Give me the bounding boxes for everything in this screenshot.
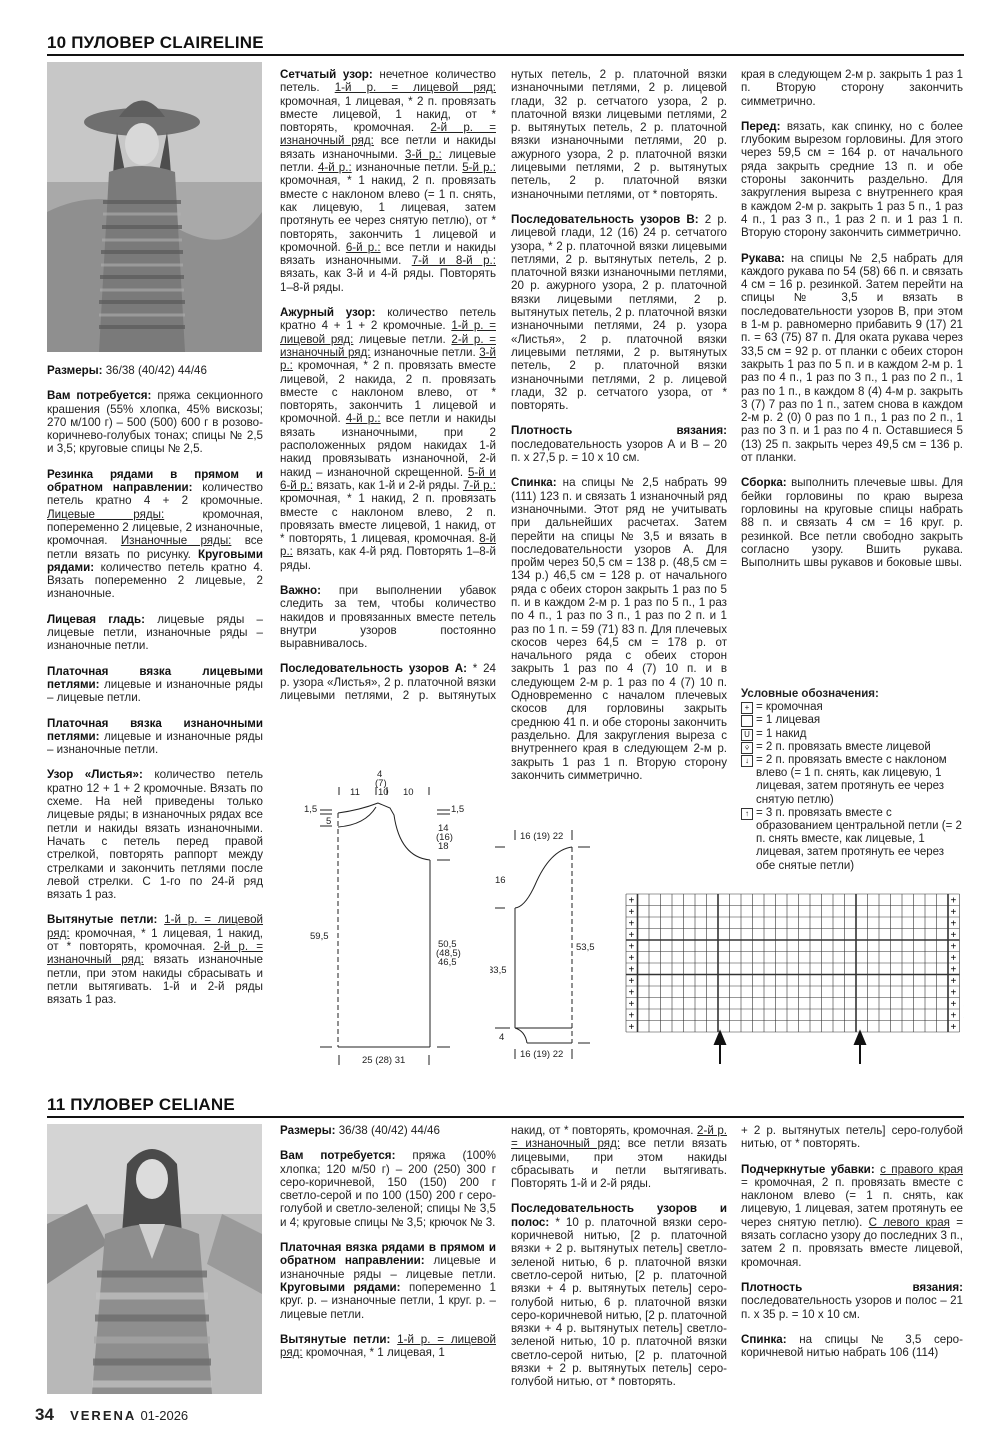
dim-slope-left: 1,5	[304, 804, 317, 815]
svg-text:+: +	[629, 896, 635, 907]
chart-row-number: 15	[964, 942, 965, 953]
sizes-value: 36/38 (40/42) 44/46	[336, 1124, 440, 1137]
chart-legend: Условные обозначения: += кромочная = 1 л…	[741, 688, 966, 873]
svg-text:+: +	[951, 1022, 957, 1033]
sleeves-label: Рукава:	[741, 252, 785, 265]
chart-row-number: 9	[964, 977, 965, 988]
svg-text:+: +	[629, 988, 635, 999]
dim-sleeve-lower: 33,5	[490, 965, 507, 976]
knit-stitch-icon	[741, 715, 753, 727]
chart-row-number: 3	[964, 1011, 965, 1022]
materials-label: Вам потребуется:	[47, 389, 151, 402]
k2tog-icon: ⩒	[741, 742, 753, 754]
sequence-text: * 10 р. платочной вязки серо-коричневой …	[511, 1216, 727, 1387]
dim-sleeve-top: 16 (19) 22	[520, 831, 563, 842]
pattern-10-column-1: Размеры: 36/38 (40/42) 44/46 Вам потребу…	[47, 364, 263, 1018]
drop-text-continued: накид, от * повторять, кромочная.	[511, 1124, 697, 1137]
svg-text:+: +	[629, 1011, 635, 1022]
dim-sleeve-total: 53,5	[576, 942, 595, 953]
svg-text:+: +	[951, 999, 957, 1010]
pattern-11-title: 11 ПУЛОВЕР CELIANE	[47, 1095, 235, 1115]
repeat-start-arrow-icon	[715, 1032, 725, 1044]
issue-number: 01-2026	[140, 1408, 188, 1423]
pattern-10-title: 10 ПУЛОВЕР CLAIRELINE	[47, 33, 264, 53]
mesh-row: 6-й р.:	[346, 241, 381, 254]
ssk-icon: ↓	[741, 755, 753, 767]
front-label: Перед:	[741, 120, 781, 133]
title-underline	[47, 54, 964, 56]
drop-text: кромочная, * 1 лицевая, 1	[303, 1346, 445, 1359]
svg-text:+: +	[629, 965, 635, 976]
legend-item: ⩒= 2 п. провязать вместе лицевой	[741, 741, 966, 754]
leaves-stitch-chart: ++++++++++++++++++++++++ 232119171513119…	[624, 892, 964, 1072]
dim-neck-depth: 5	[326, 816, 331, 827]
assembly-text: выполнить плечевые швы. Для бейки горлов…	[741, 476, 963, 569]
rib-wrong-rows: Изнаночные ряды:	[121, 534, 232, 547]
page-number: 34	[35, 1405, 54, 1424]
lace-row: 7-й р.:	[463, 479, 496, 492]
back-label: Спинка:	[741, 1333, 787, 1346]
svg-text:+: +	[951, 965, 957, 976]
svg-text:+: +	[951, 942, 957, 953]
sleeve-schematic: 16 (19) 22 16 53,5 33,5 4 16 (19) 22	[490, 825, 620, 1065]
svg-text:+: +	[951, 930, 957, 941]
dim-length: 59,5	[310, 931, 329, 942]
gauge-label: Плотность вязания:	[511, 424, 727, 437]
dim-shoulder: 11	[350, 787, 360, 798]
svg-text:+: +	[629, 953, 635, 964]
yarn-over-icon: U	[741, 729, 753, 741]
legend-item: ↑= 3 п. провязать вместе с образованием …	[741, 807, 966, 873]
sizes-label: Размеры:	[280, 1124, 336, 1137]
chart-row-number: 23	[964, 896, 965, 907]
svg-text:+: +	[951, 896, 957, 907]
sequence-b-label: Последовательность узоров В:	[511, 213, 699, 226]
legend-text: = 3 п. провязать вместе с образованием ц…	[756, 807, 966, 873]
back-continued: края в следующем 2-м р. закрыть 1 раз 1 …	[741, 68, 963, 108]
legend-item: = 1 лицевая	[741, 714, 966, 727]
legend-title: Условные обозначения:	[741, 688, 966, 701]
legend-text: = 2 п. провязать вместе лицевой	[756, 741, 966, 754]
svg-text:+: +	[629, 907, 635, 918]
sequence-a-label: Последовательность узоров А:	[280, 662, 467, 675]
mesh-text: вязать, как 3-й и 4-й ряды. Повторять 1–…	[280, 267, 496, 293]
page-footer: 34 VERENA 01-2026	[35, 1405, 188, 1425]
model-photo-illustration	[47, 1124, 262, 1394]
dim-width: 25 (28) 31	[362, 1055, 405, 1066]
svg-text:+: +	[629, 999, 635, 1010]
chart-row-number: 19	[964, 919, 965, 930]
legend-text: = кромочная	[756, 701, 966, 714]
sizes-value: 36/38 (40/42) 44/46	[103, 364, 207, 377]
model-photo-illustration	[47, 62, 262, 352]
dim-side-3: 46,5	[438, 957, 457, 968]
lace-text: изнаночные петли.	[371, 346, 480, 359]
rib-right-rows: Лицевые ряды:	[47, 508, 164, 521]
back-text: на спицы № 2,5 набрать 99 (111) 123 п. и…	[511, 476, 727, 782]
svg-text:+: +	[629, 1022, 635, 1033]
selvedge-stitch-icon: +	[741, 702, 753, 714]
svg-text:+: +	[629, 976, 635, 987]
gauge-text: последовательность узоров А и В – 20 п. …	[511, 438, 727, 464]
centered-double-decrease-icon: ↑	[741, 808, 753, 820]
chart-row-number: 21	[964, 908, 965, 919]
back-label: Спинка:	[511, 476, 557, 489]
legend-item: ↓= 2 п. провязать вместе с наклоном влев…	[741, 754, 966, 807]
svg-text:+: +	[951, 1011, 957, 1022]
pattern-10-column-2: Сетчатый узор: нечетное количество петел…	[280, 68, 496, 714]
legend-text: = 1 лицевая	[756, 714, 966, 727]
gauge-text: последовательность узоров и полос – 21 п…	[741, 1294, 963, 1320]
chart-row-number: 5	[964, 1000, 965, 1011]
legend-text: = 1 накид	[756, 728, 966, 741]
lace-text: вязать, как 1-й и 2-й ряды.	[313, 479, 463, 492]
mesh-label: Сетчатый узор:	[280, 68, 373, 81]
decrease-left-edge: С левого края	[869, 1216, 950, 1229]
magazine-name: VERENA	[70, 1408, 136, 1423]
sequence-continued: + 2 р. вытянутых петель] серо-голубой ни…	[741, 1124, 963, 1150]
lace-text: вязать, как 4-й ряд. Повторять 1–8-й ряд…	[280, 545, 496, 571]
garter-round-label: Круговыми рядами:	[280, 1281, 401, 1294]
leaves-text: количество петель кратно 12 + 1 + 2 кром…	[47, 768, 263, 901]
drop-stitch-label: Вытянутые петли:	[47, 913, 157, 926]
sleeves-text: на спицы № 2,5 набрать для каждого рукав…	[741, 252, 963, 464]
dim-sleeve-bottom: 16 (19) 22	[520, 1049, 563, 1060]
dim-sleeve-cap: 16	[495, 875, 506, 886]
chart-row-number: 13	[964, 954, 965, 965]
dim-slope-right: 1,5	[451, 804, 464, 815]
pattern-10-column-4: края в следующем 2-м р. закрыть 1 раз 1 …	[741, 68, 963, 581]
dim-neck-3: 10	[378, 787, 389, 798]
mesh-row: 7-й и 8-й р.:	[412, 254, 496, 267]
mesh-text: изнаночные петли.	[352, 161, 463, 174]
assembly-label: Сборка:	[741, 476, 787, 489]
legend-item: += кромочная	[741, 701, 966, 714]
sizes-label: Размеры:	[47, 364, 103, 377]
svg-text:+: +	[629, 942, 635, 953]
pattern-11-column-2: Размеры: 36/38 (40/42) 44/46 Вам потребу…	[280, 1124, 496, 1371]
decreases-label: Подчеркнутые убавки:	[741, 1163, 875, 1176]
dim-sleeve-cuff: 4	[499, 1032, 504, 1043]
lace-row: 4-й р.:	[346, 412, 381, 425]
decrease-right-edge: с правого края	[880, 1163, 963, 1176]
pattern-10-column-3: нутых петель, 2 р. платочной вязки изнан…	[511, 68, 727, 806]
mesh-row: 1-й р. = лицевой ряд:	[335, 81, 496, 94]
chart-row-number: 17	[964, 931, 965, 942]
important-label: Важно:	[280, 584, 321, 597]
pattern-11-column-4: + 2 р. вытянутых петель] серо-голубой ни…	[741, 1124, 963, 1371]
mesh-row: 4-й р.:	[318, 161, 352, 174]
mesh-row: 3-й р.:	[405, 148, 442, 161]
lace-text: кромочная, * 1 накид, 2 п. провязать вме…	[280, 492, 496, 545]
materials-label: Вам потребуется:	[280, 1149, 395, 1162]
front-text: вязать, как спинку, но с более глубоким …	[741, 120, 963, 239]
legend-item: U= 1 накид	[741, 728, 966, 741]
pattern-10-photo	[47, 62, 262, 352]
sequence-b-text: 2 р. лицевой глади, 12 (16) 24 р. сетчат…	[511, 213, 727, 412]
body-schematic: 11 4 (7) 10 10 1,5 1,5 5 14 (16) 18 59,5…	[290, 765, 510, 1085]
svg-text:+: +	[951, 976, 957, 987]
repeat-end-arrow-icon	[855, 1032, 865, 1044]
sequence-a-continued: нутых петель, 2 р. платочной вязки изнан…	[511, 68, 727, 201]
svg-text:+: +	[951, 988, 957, 999]
title-underline	[47, 1116, 964, 1118]
svg-text:+: +	[951, 953, 957, 964]
svg-text:+: +	[951, 907, 957, 918]
leaves-label: Узор «Листья»:	[47, 768, 143, 781]
dim-shoulder-right: 10	[403, 787, 414, 798]
chart-row-number: 11	[964, 965, 965, 976]
mesh-row: 5-й р.:	[462, 161, 496, 174]
gauge-label: Плотность вязания:	[741, 1281, 963, 1294]
lace-text: лицевые петли.	[353, 333, 451, 346]
lace-label: Ажурный узор:	[280, 306, 376, 319]
chart-row-number: 7	[964, 988, 965, 999]
pattern-11-column-3: накид, от * повторять, кромочная. 2-й р.…	[511, 1124, 727, 1398]
svg-text:+: +	[629, 919, 635, 930]
drop-stitch-label: Вытянутые петли:	[280, 1333, 390, 1346]
svg-text:+: +	[629, 930, 635, 941]
stockinette-label: Лицевая гладь:	[47, 613, 145, 626]
pattern-11-photo	[47, 1124, 262, 1394]
chart-row-number: 1	[964, 1023, 965, 1034]
legend-text: = 2 п. провязать вместе с наклоном влево…	[756, 754, 966, 807]
svg-text:+: +	[951, 919, 957, 930]
dim-armhole-3: 18	[438, 841, 449, 852]
